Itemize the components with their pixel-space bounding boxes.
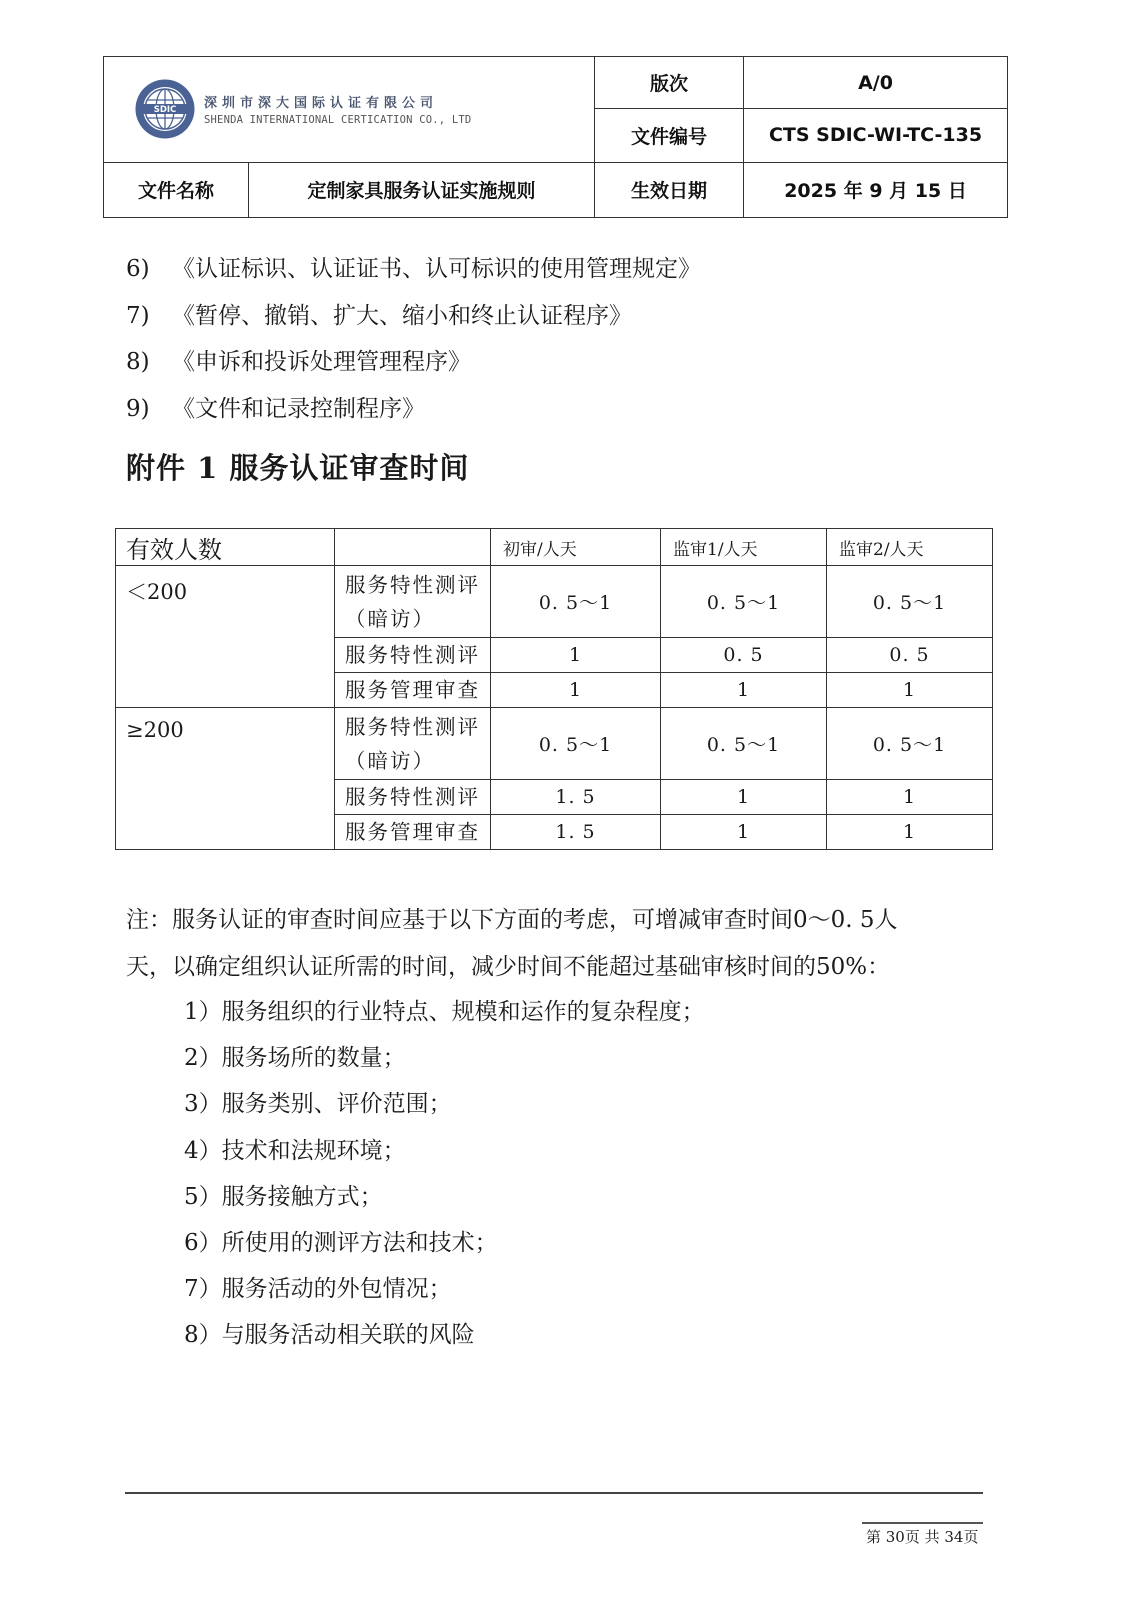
item-cell: 服务管理审查 [335, 673, 491, 708]
value-cell: 1 [661, 780, 827, 815]
version-label: 版次 [595, 57, 744, 109]
effective-date-label: 生效日期 [595, 162, 744, 217]
company-logo-icon: SDIC [134, 78, 196, 140]
item-cell: 服务特性测评（暗访） [335, 708, 491, 780]
value-cell: 0. 5～1 [491, 708, 661, 780]
value-cell: 1. 5 [491, 780, 661, 815]
factor-item: 6）所使用的测评方法和技术； [184, 1221, 705, 1267]
reference-item: 6)《认证标识、认证证书、认可标识的使用管理规定》 [126, 250, 701, 297]
table-row: ≥200 服务特性测评（暗访） 0. 5～1 0. 5～1 0. 5～1 [116, 708, 993, 780]
value-cell: 1 [827, 815, 993, 850]
document-header-table: SDIC 深圳市深大国际认证有限公司 SHENDA INTERNATIONAL … [103, 56, 1008, 218]
factor-item: 4）技术和法规环境； [184, 1129, 705, 1175]
appendix-heading: 附件 1 服务认证审查时间 [126, 446, 469, 487]
reference-item: 9)《文件和记录控制程序》 [126, 390, 701, 437]
value-cell: 0. 5～1 [661, 708, 827, 780]
value-cell: 0. 5 [661, 638, 827, 673]
staff-range-cell: ＜200 [116, 566, 335, 708]
value-cell: 0. 5～1 [827, 708, 993, 780]
item-cell: 服务特性测评 [335, 638, 491, 673]
note-line: 注：服务认证的审查时间应基于以下方面的考虑，可增减审查时间0～0. 5人 [126, 897, 996, 944]
factor-item: 3）服务类别、评价范围； [184, 1082, 705, 1128]
table-row: ＜200 服务特性测评（暗访） 0. 5～1 0. 5～1 0. 5～1 [116, 566, 993, 638]
doc-number-value: CTS SDIC-WI-TC-135 [744, 109, 1008, 162]
version-value: A/0 [744, 57, 1008, 109]
value-cell: 0. 5～1 [827, 566, 993, 638]
item-cell: 服务管理审查 [335, 815, 491, 850]
item-cell: 服务特性测评 [335, 780, 491, 815]
value-cell: 1 [661, 673, 827, 708]
footer-divider [125, 1492, 983, 1494]
header-surveillance-2: 监审2/人天 [827, 529, 993, 566]
factor-item: 1）服务组织的行业特点、规模和运作的复杂程度； [184, 990, 705, 1036]
value-cell: 1 [827, 673, 993, 708]
audit-time-table: 有效人数 初审/人天 监审1/人天 监审2/人天 ＜200 服务特性测评（暗访）… [115, 528, 993, 850]
page-number-divider [862, 1522, 983, 1524]
value-cell: 0. 5～1 [661, 566, 827, 638]
value-cell: 1 [661, 815, 827, 850]
company-logo-cell: SDIC 深圳市深大国际认证有限公司 SHENDA INTERNATIONAL … [104, 57, 595, 163]
doc-name-label: 文件名称 [104, 162, 249, 217]
header-item [335, 529, 491, 566]
value-cell: 1 [827, 780, 993, 815]
value-cell: 1 [491, 673, 661, 708]
header-surveillance-1: 监审1/人天 [661, 529, 827, 566]
value-cell: 1 [491, 638, 661, 673]
table-header-row: 有效人数 初审/人天 监审1/人天 监审2/人天 [116, 529, 993, 566]
header-initial-audit: 初审/人天 [491, 529, 661, 566]
factor-item: 5）服务接触方式； [184, 1175, 705, 1221]
svg-text:SDIC: SDIC [154, 106, 177, 116]
reference-list: 6)《认证标识、认证证书、认可标识的使用管理规定》 7)《暂停、撤销、扩大、缩小… [126, 250, 701, 436]
reference-item: 8)《申诉和投诉处理管理程序》 [126, 343, 701, 390]
note-line: 天，以确定组织认证所需的时间，减少时间不能超过基础审核时间的50%： [126, 944, 996, 991]
item-cell: 服务特性测评（暗访） [335, 566, 491, 638]
value-cell: 0. 5～1 [491, 566, 661, 638]
staff-range-cell: ≥200 [116, 708, 335, 850]
factor-item: 2）服务场所的数量； [184, 1036, 705, 1082]
company-name-cn: 深圳市深大国际认证有限公司 [204, 92, 471, 111]
doc-name-value: 定制家具服务认证实施规则 [249, 162, 595, 217]
factor-item: 8）与服务活动相关联的风险 [184, 1313, 705, 1359]
value-cell: 0. 5 [827, 638, 993, 673]
note-paragraph: 注：服务认证的审查时间应基于以下方面的考虑，可增减审查时间0～0. 5人 天，以… [126, 897, 996, 991]
effective-date-value: 2025 年 9 月 15 日 [744, 162, 1008, 217]
factor-item: 7）服务活动的外包情况； [184, 1267, 705, 1313]
page-number: 第 30页 共 34页 [866, 1526, 978, 1547]
company-name-en: SHENDA INTERNATIONAL CERTICATION CO., LT… [204, 114, 471, 126]
reference-item: 7)《暂停、撤销、扩大、缩小和终止认证程序》 [126, 297, 701, 344]
header-effective-staff: 有效人数 [116, 529, 335, 566]
factor-list: 1）服务组织的行业特点、规模和运作的复杂程度； 2）服务场所的数量； 3）服务类… [184, 990, 705, 1360]
value-cell: 1. 5 [491, 815, 661, 850]
doc-number-label: 文件编号 [595, 109, 744, 162]
